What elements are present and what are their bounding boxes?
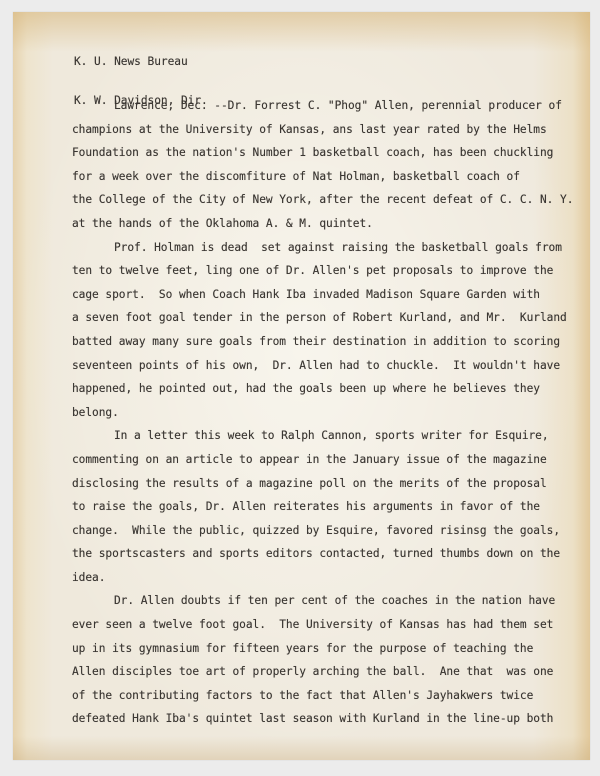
text-line: champions at the University of Kansas, a… [72, 118, 573, 142]
paragraph-first-line: In a letter this week to Ralph Cannon, s… [72, 424, 573, 448]
text-line: commenting on an article to appear in th… [72, 448, 573, 472]
text-line: happened, he pointed out, had the goals … [72, 377, 573, 401]
text-line: the sportscasters and sports editors con… [72, 542, 573, 566]
text-line: of the contributing factors to the fact … [72, 684, 573, 708]
text-line: at the hands of the Oklahoma A. & M. qui… [72, 212, 573, 236]
text-line: cage sport. So when Coach Hank Iba invad… [72, 283, 573, 307]
press-release-body: Lawrence, Dec. --Dr. Forrest C. "Phog" A… [72, 94, 573, 731]
text-line: change. While the public, quizzed by Esq… [72, 519, 573, 543]
text-line: a seven foot goal tender in the person o… [72, 306, 573, 330]
bureau-name: K. U. News Bureau [74, 55, 208, 68]
paragraph-first-line: Prof. Holman is dead set against raising… [72, 236, 573, 260]
text-line: up in its gymnasium for fifteen years fo… [72, 637, 573, 661]
text-line: Allen disciples toe art of properly arch… [72, 660, 573, 684]
paragraph-first-line: Lawrence, Dec. --Dr. Forrest C. "Phog" A… [72, 94, 573, 118]
text-line: seventeen points of his own, Dr. Allen h… [72, 354, 573, 378]
text-line: disclosing the results of a magazine pol… [72, 472, 573, 496]
paragraph-first-line: Dr. Allen doubts if ten per cent of the … [72, 589, 573, 613]
text-line: batted away many sure goals from their d… [72, 330, 573, 354]
text-line: belong. [72, 401, 573, 425]
text-line: to raise the goals, Dr. Allen reiterates… [72, 495, 573, 519]
text-line: ten to twelve feet, ling one of Dr. Alle… [72, 259, 573, 283]
text-line: defeated Hank Iba's quintet last season … [72, 707, 573, 731]
text-line: for a week over the discomfiture of Nat … [72, 165, 573, 189]
text-line: ever seen a twelve foot goal. The Univer… [72, 613, 573, 637]
text-line: Foundation as the nation's Number 1 bask… [72, 141, 573, 165]
text-line: idea. [72, 566, 573, 590]
typewritten-page: K. U. News Bureau K. W. Davidson, Dir. L… [13, 12, 590, 760]
text-line: the College of the City of New York, aft… [72, 188, 573, 212]
